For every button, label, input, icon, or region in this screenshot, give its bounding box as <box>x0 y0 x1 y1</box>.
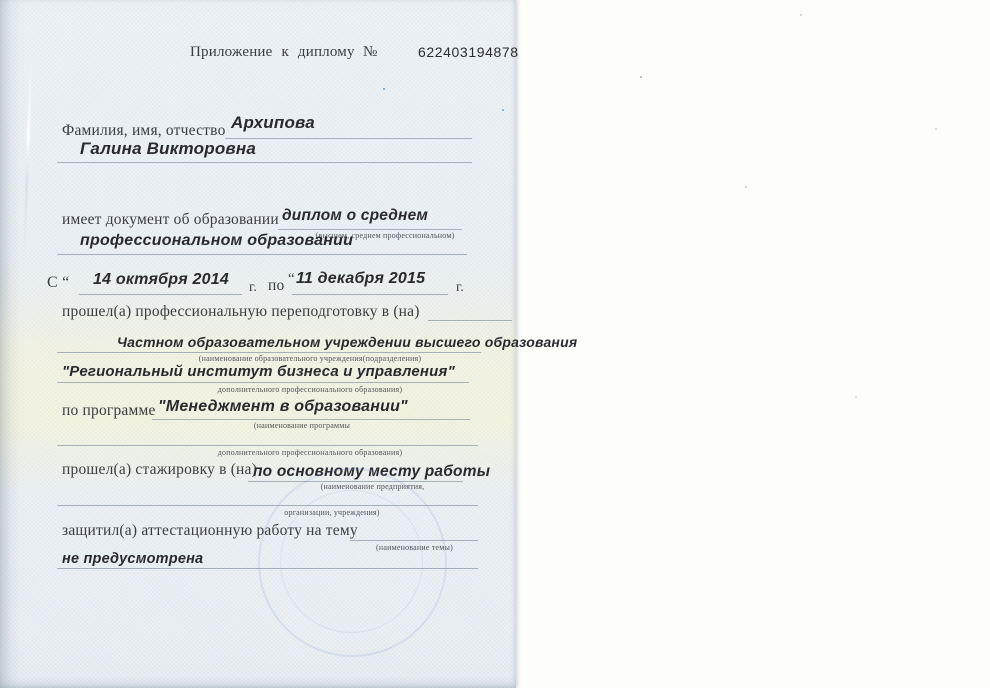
edu-doc-label: имеет документ об образовании <box>62 211 279 229</box>
name-value-line2: Галина Викторовна <box>80 139 256 159</box>
period-to-rule <box>292 294 448 295</box>
period-from-suffix: г. <box>249 280 257 296</box>
scan-artifacts <box>640 76 642 78</box>
period-to-suffix: г. <box>456 280 464 296</box>
edu-doc-rule-1 <box>278 229 462 230</box>
institution-rule-1 <box>57 352 481 353</box>
institution-hint-2: дополнительного профессионального образо… <box>140 385 480 394</box>
paper-crease <box>22 55 32 265</box>
ink-speck <box>383 88 385 90</box>
program-label: по программе <box>62 402 156 420</box>
program-rule-2 <box>57 445 478 446</box>
name-label: Фамилия, имя, отчество <box>62 122 226 140</box>
thesis-value: не предусмотрена <box>62 551 203 567</box>
institution-value-line1: Частном образовательном учреждении высше… <box>117 334 577 350</box>
paper-sheet: Приложение к диплому № 622403194878 Фами… <box>0 0 516 688</box>
name-rule-2 <box>57 162 472 163</box>
institution-hint-1: (наименование образовательного учреждени… <box>140 354 480 363</box>
period-to-value: 11 декабря 2015 <box>296 270 425 288</box>
period-from-rule <box>79 294 242 295</box>
program-value: "Менеджмент в образовании" <box>158 398 408 416</box>
scanned-diploma-supplement: Приложение к диплому № 622403194878 Фами… <box>0 0 990 688</box>
name-rule-1 <box>225 138 472 139</box>
program-hint-2: дополнительного профессионального образо… <box>140 448 480 457</box>
retraining-label: прошел(а) профессиональную переподготовк… <box>62 303 420 321</box>
period-middle: по <box>268 277 284 295</box>
institution-rule-2 <box>57 382 469 383</box>
stamp-inner-ring <box>280 490 423 633</box>
number-sign: № <box>363 44 378 61</box>
institution-value-line2: "Региональный институт бизнеса и управле… <box>62 363 455 380</box>
document-title: Приложение к диплому <box>190 44 355 61</box>
period-from-value: 14 октября 2014 <box>93 271 229 289</box>
period-from-prefix: С “ <box>47 274 69 292</box>
program-hint-1: (наименование программы <box>212 421 392 430</box>
name-value-line1: Архипова <box>231 113 315 133</box>
retraining-rule <box>428 320 512 321</box>
period-to-quote: “ <box>288 271 295 288</box>
edu-doc-rule-2 <box>57 254 467 255</box>
diploma-number: 622403194878 <box>418 44 519 60</box>
program-rule-1 <box>152 419 470 420</box>
internship-label: прошел(а) стажировку в (на) <box>62 461 257 479</box>
edu-doc-value-line1: диплом о среднем <box>282 207 428 225</box>
edu-doc-value-line2: профессиональном образовании <box>80 232 353 250</box>
